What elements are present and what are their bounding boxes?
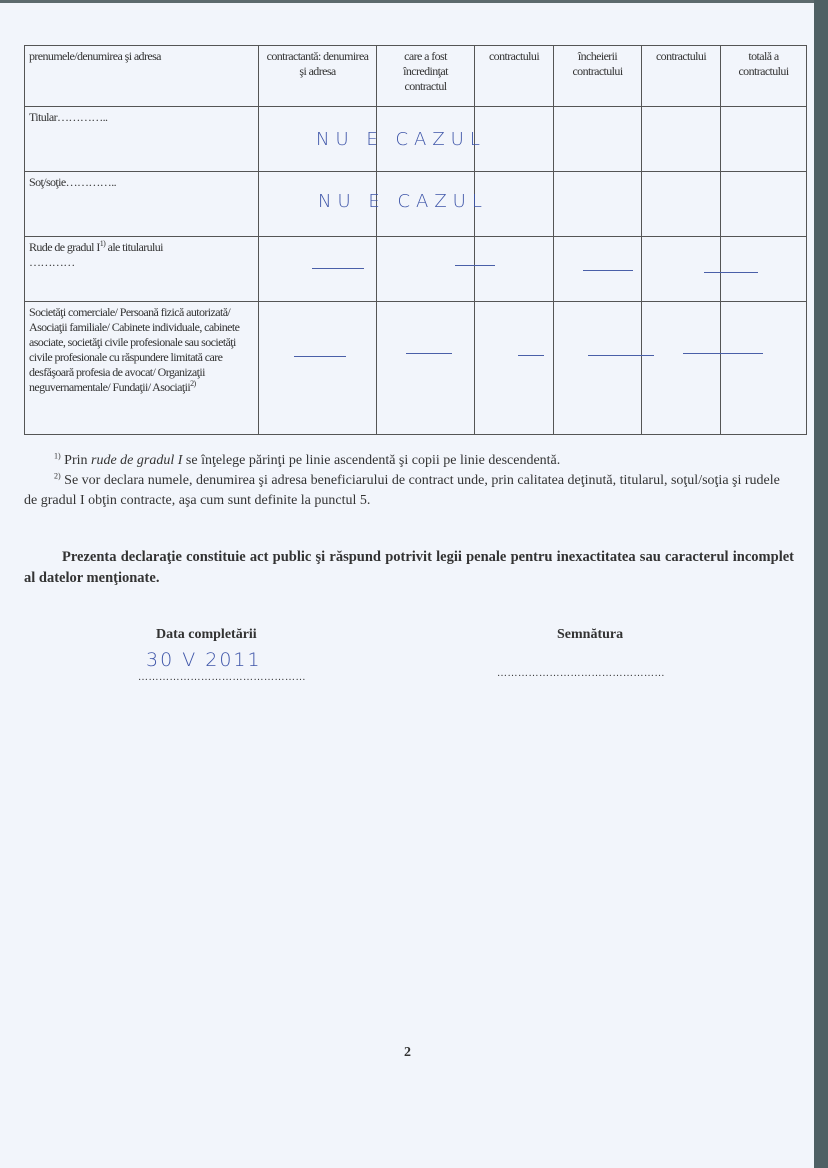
- contracts-table: prenumele/denumirea şi adresa contractan…: [24, 45, 807, 435]
- handwritten-dash: [704, 272, 758, 273]
- handwritten-entry-titular: NU E CAZUL: [316, 129, 486, 150]
- signature-dotted-line: …………………………………………: [497, 668, 665, 679]
- footnote-1: 1) Prin rude de gradul I se înţelege păr…: [24, 451, 794, 471]
- header-cell: totală a contractului: [721, 46, 807, 107]
- handwritten-dash: [583, 270, 633, 271]
- handwritten-dash: [455, 265, 495, 266]
- row-label-spouse: Soţ/soţie…………..: [25, 172, 259, 237]
- header-cell: contractului: [642, 46, 721, 107]
- handwritten-entry-spouse: NU E CAZUL: [318, 191, 488, 212]
- header-cell: prenumele/denumirea şi adresa: [25, 46, 259, 107]
- date-dotted-line: …………………………………………: [138, 672, 306, 683]
- table-row: Rude de gradul I1) ale titularului …………: [25, 237, 807, 302]
- handwritten-date: 30 V 2011: [146, 649, 262, 671]
- handwritten-dash: [406, 353, 452, 354]
- table-header-row: prenumele/denumirea şi adresa contractan…: [25, 46, 807, 107]
- row-label-companies: Societăţi comerciale/ Persoană fizică au…: [25, 302, 259, 435]
- header-cell: contractului: [475, 46, 554, 107]
- table-row: Societăţi comerciale/ Persoană fizică au…: [25, 302, 807, 435]
- handwritten-dash: [588, 355, 654, 356]
- row-label-titular: Titular…………..: [25, 107, 259, 172]
- handwritten-dash: [294, 356, 346, 357]
- document-page: prenumele/denumirea şi adresa contractan…: [0, 3, 814, 1168]
- header-cell: care a fost încredinţat contractul: [377, 46, 475, 107]
- handwritten-dash: [518, 355, 544, 356]
- row-label-relatives: Rude de gradul I1) ale titularului …………: [25, 237, 259, 302]
- declaration-text: Prezenta declaraţie constituie act publi…: [24, 547, 794, 589]
- handwritten-dash: [312, 268, 364, 269]
- handwritten-dash: [683, 353, 763, 354]
- footnote-2: 2) Se vor declara numele, denumirea şi a…: [24, 471, 794, 511]
- header-cell: contractantă: denumirea şi adresa: [259, 46, 377, 107]
- signature-label: Semnătura: [557, 627, 623, 643]
- scan-border-right: [814, 0, 828, 1168]
- header-cell: încheierii contractului: [554, 46, 642, 107]
- date-label: Data completării: [156, 627, 257, 643]
- page-number: 2: [404, 1045, 411, 1061]
